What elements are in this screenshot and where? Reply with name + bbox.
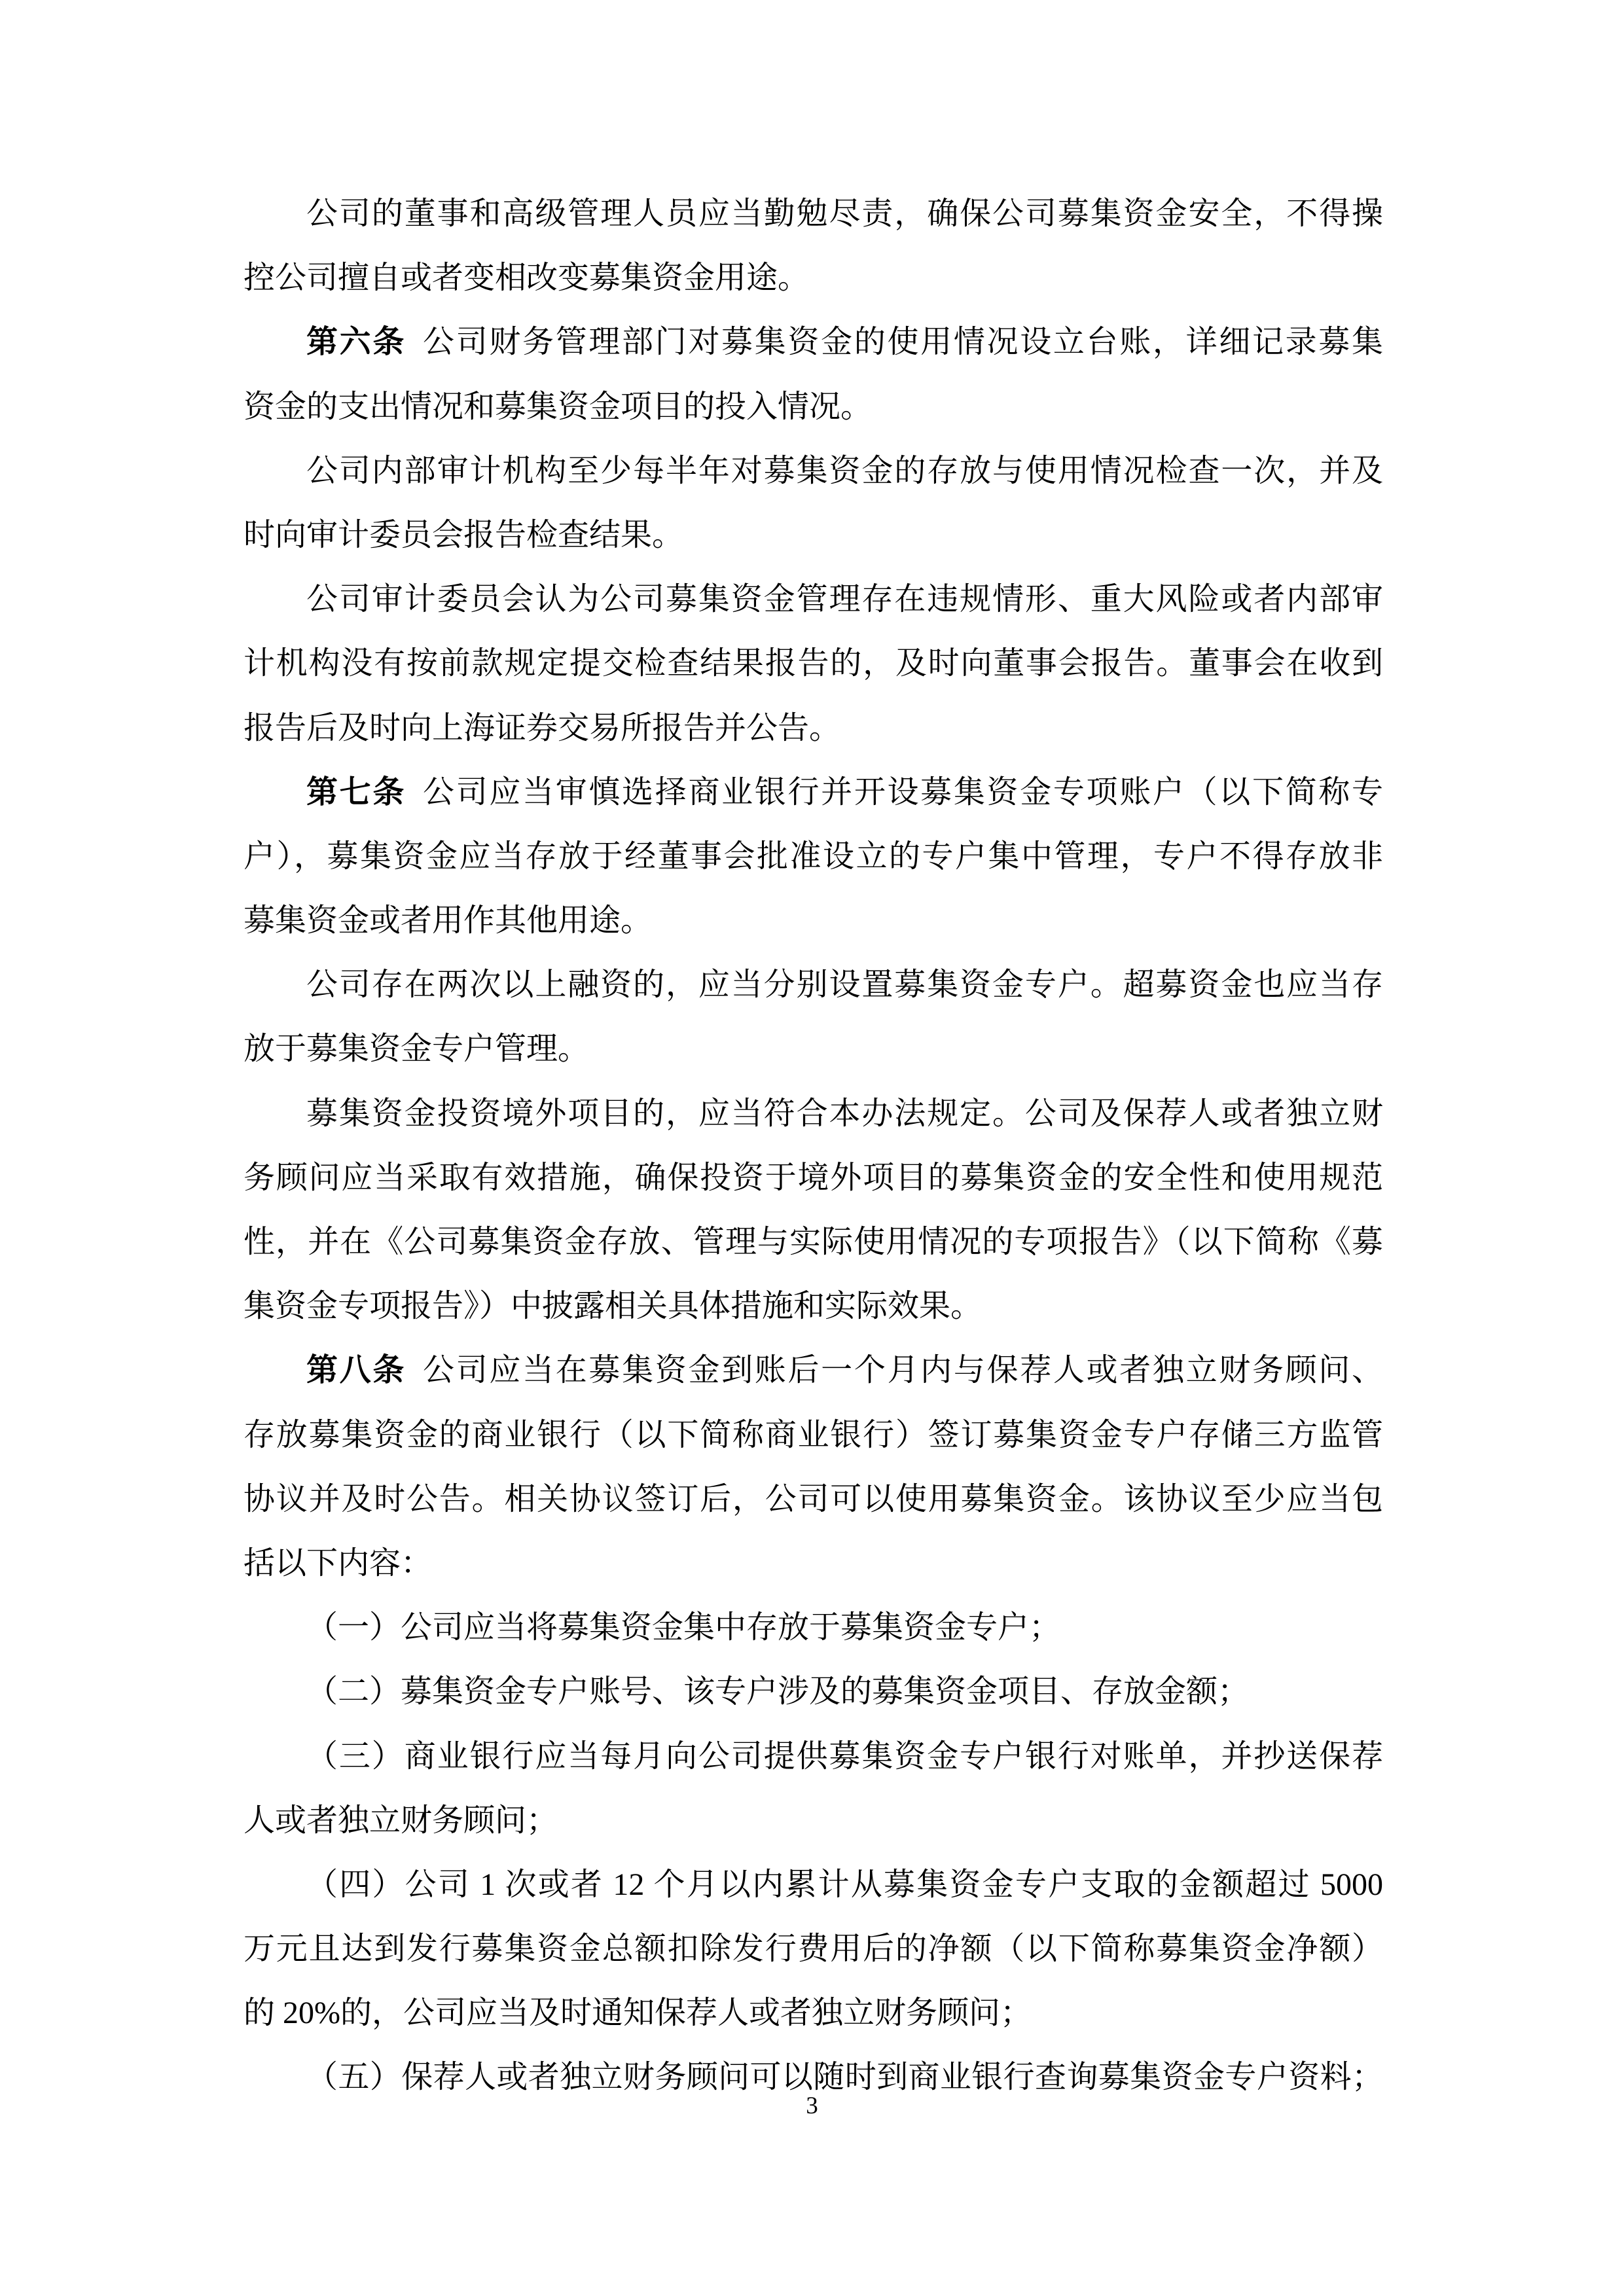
text-line: 时向审计委员会报告检查结果。	[244, 503, 1383, 567]
text-line: 放于募集资金专户管理。	[244, 1017, 1383, 1081]
text-line-segment: 公司应当在募集资金到账后一个月内与保荐人或者独立财务顾问、	[423, 1353, 1383, 1388]
text-line: 第六条公司财务管理部门对募集资金的使用情况设立台账，详细记录募集	[244, 310, 1383, 374]
text-line: 人或者独立财务顾问；	[244, 1789, 1383, 1853]
text-line: 务顾问应当采取有效措施，确保投资于境外项目的募集资金的安全性和使用规范	[244, 1146, 1383, 1210]
article-number-label: 第七条	[306, 775, 406, 810]
text-line: 报告后及时向上海证券交易所报告并公告。	[244, 696, 1383, 761]
list-item: （二）募集资金专户账号、该专户涉及的募集资金项目、存放金额；	[244, 1660, 1383, 1724]
text-line: 募集资金或者用作其他用途。	[244, 889, 1383, 953]
list-item: （一）公司应当将募集资金集中存放于募集资金专户；	[244, 1596, 1383, 1660]
text-line: 公司审计委员会认为公司募集资金管理存在违规情形、重大风险或者内部审	[244, 567, 1383, 632]
article-number-label: 第八条	[306, 1353, 406, 1388]
text-line: 公司内部审计机构至少每半年对募集资金的存放与使用情况检查一次，并及	[244, 439, 1383, 503]
text-line: 计机构没有按前款规定提交检查结果报告的，及时向董事会报告。董事会在收到	[244, 632, 1383, 696]
document-page: 公司的董事和高级管理人员应当勤勉尽责，确保公司募集资金安全，不得操 控公司擅自或…	[0, 0, 1624, 2296]
text-line: 第七条公司应当审慎选择商业银行并开设募集资金专项账户（以下简称专	[244, 761, 1383, 825]
text-line: 存放募集资金的商业银行（以下简称商业银行）签订募集资金专户存储三方监管	[244, 1403, 1383, 1467]
text-line: 性，并在《公司募集资金存放、管理与实际使用情况的专项报告》（以下简称《募	[244, 1210, 1383, 1274]
text-line: 集资金专项报告》）中披露相关具体措施和实际效果。	[244, 1274, 1383, 1338]
text-line: 资金的支出情况和募集资金项目的投入情况。	[244, 375, 1383, 439]
document-body: 公司的董事和高级管理人员应当勤勉尽责，确保公司募集资金安全，不得操 控公司擅自或…	[244, 182, 1383, 2110]
text-line: 募集资金投资境外项目的，应当符合本办法规定。公司及保荐人或者独立财	[244, 1082, 1383, 1146]
page-number: 3	[0, 2092, 1624, 2121]
text-line: 控公司擅自或者变相改变募集资金用途。	[244, 246, 1383, 310]
text-line: 协议并及时公告。相关协议签订后，公司可以使用募集资金。该协议至少应当包	[244, 1467, 1383, 1532]
text-line: 括以下内容：	[244, 1532, 1383, 1596]
list-item: （三）商业银行应当每月向公司提供募集资金专户银行对账单，并抄送保荐	[244, 1725, 1383, 1789]
text-line: 的 20%的，公司应当及时通知保荐人或者独立财务顾问；	[244, 1981, 1383, 2045]
text-line-segment: 公司财务管理部门对募集资金的使用情况设立台账，详细记录募集	[423, 325, 1383, 359]
article-number-label: 第六条	[306, 325, 406, 359]
text-line: 户），募集资金应当存放于经董事会批准设立的专户集中管理，专户不得存放非	[244, 825, 1383, 889]
text-line: 第八条公司应当在募集资金到账后一个月内与保荐人或者独立财务顾问、	[244, 1338, 1383, 1403]
text-line: 公司的董事和高级管理人员应当勤勉尽责，确保公司募集资金安全，不得操	[244, 182, 1383, 246]
text-line-segment: 公司应当审慎选择商业银行并开设募集资金专项账户（以下简称专	[423, 775, 1383, 810]
list-item: （四）公司 1 次或者 12 个月以内累计从募集资金专户支取的金额超过 5000	[244, 1853, 1383, 1917]
text-line: 万元且达到发行募集资金总额扣除发行费用后的净额（以下简称募集资金净额）	[244, 1917, 1383, 1981]
text-line: 公司存在两次以上融资的，应当分别设置募集资金专户。超募资金也应当存	[244, 953, 1383, 1017]
